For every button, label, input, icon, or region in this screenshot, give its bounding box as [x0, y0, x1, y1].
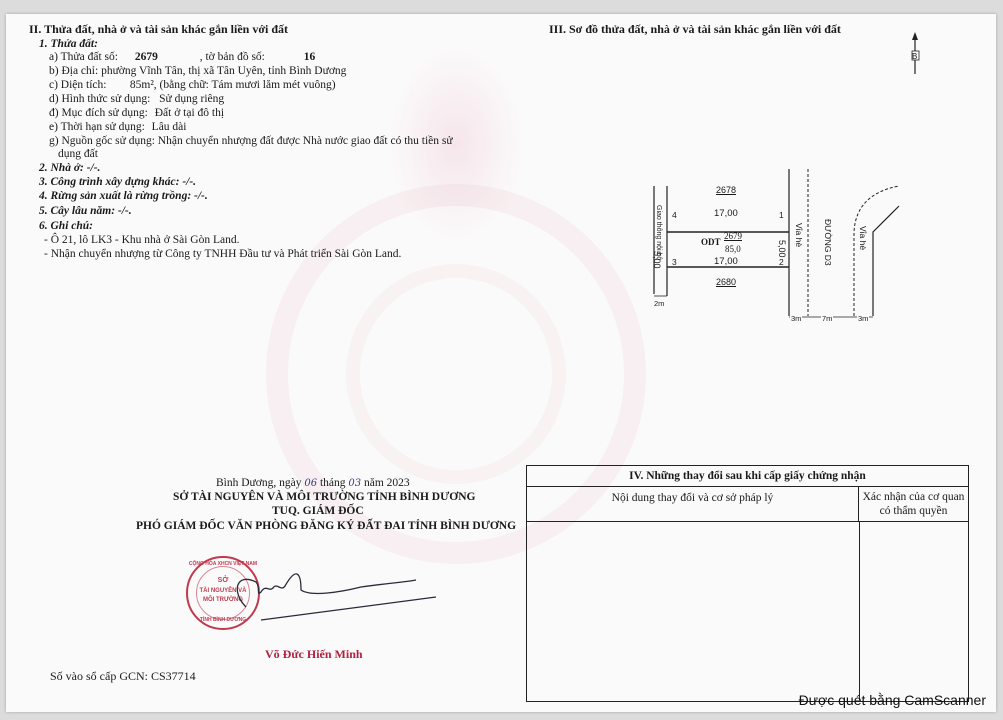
parcel-area-diagram: 85,0 [725, 243, 741, 256]
changes-table: IV. Những thay đổi sau khi cấp giấy chứn… [526, 465, 969, 702]
register-number: Số vào sổ cấp GCN: CS37714 [50, 670, 196, 683]
corner-2: 2 [779, 256, 784, 269]
issue-date: Bình Dương, ngày 06 tháng 03 năm 2023 [216, 477, 410, 490]
signer-position: PHÓ GIÁM ĐỐC VĂN PHÒNG ĐĂNG KÝ ĐẤT ĐAI T… [136, 520, 516, 533]
register-label: Số vào sổ cấp GCN: [50, 669, 148, 683]
register-value: CS37714 [151, 669, 196, 683]
north-label: B [912, 50, 917, 63]
corner-4: 4 [672, 209, 677, 222]
parcel-code: ODT [701, 236, 721, 249]
road-name-label: ĐƯỜNG D3 [821, 219, 834, 266]
column-change-content: Nội dung thay đổi và cơ sở pháp lý [527, 487, 859, 521]
column-authority-confirmation: Xác nhận của cơ quan có thẩm quyền [859, 487, 968, 521]
month-label: tháng [320, 477, 346, 489]
signing-authority: TUQ. GIÁM ĐỐC [272, 505, 364, 518]
date-prefix: Bình Dương, ngày [216, 477, 301, 489]
certificate-page: II. Thửa đất, nhà ở và tài sản khác gắn … [6, 14, 996, 712]
dim-sidewalk-left: 3m [790, 312, 802, 325]
changes-table-body [527, 522, 968, 700]
column-authority-line2: có thẩm quyền [859, 504, 968, 518]
dim-road: 7m [821, 312, 833, 325]
issuing-agency: SỞ TÀI NGUYÊN VÀ MÔI TRƯỜNG TỈNH BÌNH DƯ… [173, 491, 475, 504]
right-width: 5,00 [775, 240, 788, 258]
column-authority-line1: Xác nhận của cơ quan [859, 490, 968, 504]
date-day: 06 [304, 478, 317, 489]
sidewalk-right-label: Vỉa hè [856, 226, 869, 250]
parcel-diagram [6, 14, 996, 334]
dim-internal-road: 2m [654, 297, 664, 310]
top-length: 17,00 [714, 207, 738, 220]
corner-3: 3 [672, 256, 677, 269]
date-month: 03 [348, 478, 361, 489]
parcel-number-diagram: 2679 [724, 230, 742, 243]
neighbor-parcel-north: 2678 [716, 184, 736, 197]
bottom-length: 17,00 [714, 255, 738, 268]
change-content-cell [527, 522, 860, 700]
corner-1: 1 [779, 209, 784, 222]
sidewalk-left-label: Vỉa hè [792, 223, 805, 247]
signer-name: Võ Đức Hiến Minh [265, 648, 363, 661]
section4-title: IV. Những thay đổi sau khi cấp giấy chứn… [527, 466, 968, 487]
scanner-caption: Được quét bằng CamScanner [799, 692, 986, 708]
authority-confirmation-cell [860, 522, 968, 700]
dim-sidewalk-right: 3m [857, 312, 869, 325]
year-label: năm 2023 [364, 477, 410, 489]
internal-road-label: Giao thông nội bộ [652, 205, 665, 260]
changes-table-header: Nội dung thay đổi và cơ sở pháp lý Xác n… [527, 487, 968, 522]
handwritten-signature [201, 562, 441, 632]
neighbor-parcel-south: 2680 [716, 276, 736, 289]
